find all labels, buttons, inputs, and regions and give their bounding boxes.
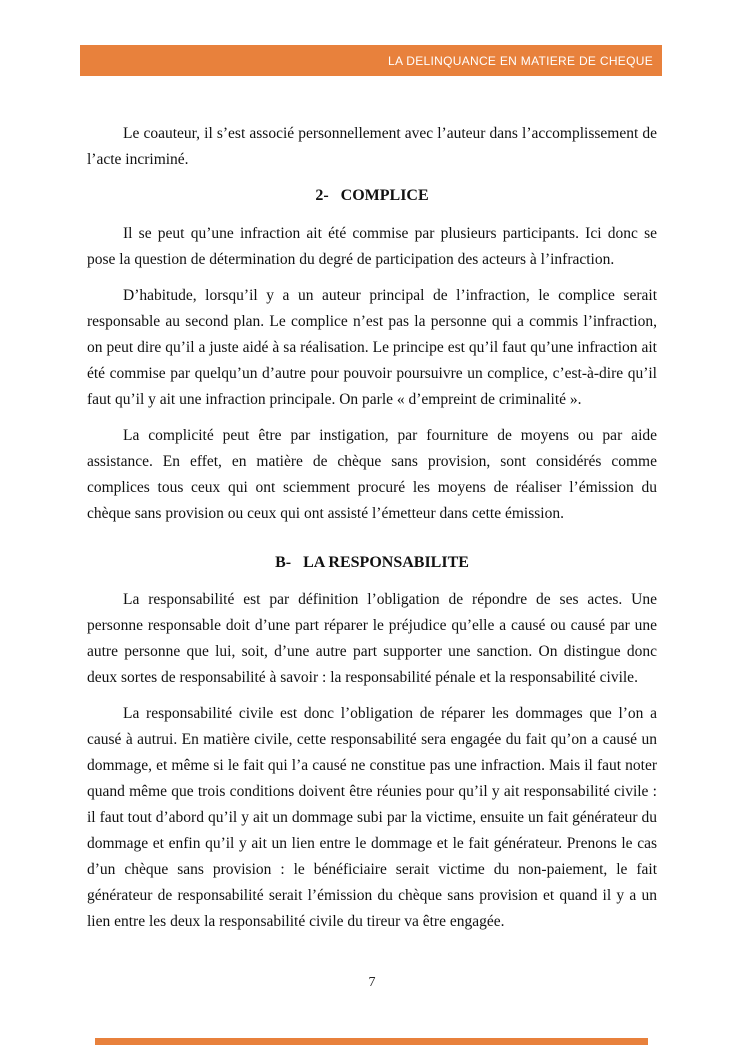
paragraph-infraction: Il se peut qu’une infraction ait été com…: [87, 221, 657, 273]
heading-responsabilite-number: B-: [275, 554, 291, 571]
heading-complice-label: COMPLICE: [341, 187, 429, 204]
paragraph-coauteur: Le coauteur, il s’est associé personnell…: [87, 121, 657, 173]
paragraph-responsabilite: La responsabilité est par définition l’o…: [87, 587, 657, 691]
heading-responsabilite-label: LA RESPONSABILITE: [303, 554, 469, 571]
heading-responsabilite: B-LA RESPONSABILITE: [87, 550, 657, 576]
document-page: LA DELINQUANCE EN MATIERE DE CHEQUE Le c…: [0, 0, 744, 1053]
paragraph-complicite: La complicité peut être par instigation,…: [87, 423, 657, 527]
header-bar: LA DELINQUANCE EN MATIERE DE CHEQUE: [80, 45, 662, 76]
footer-bar: [95, 1038, 648, 1045]
running-header-title: LA DELINQUANCE EN MATIERE DE CHEQUE: [388, 54, 653, 68]
page-number: 7: [0, 974, 744, 992]
heading-complice-number: 2-: [315, 187, 328, 204]
paragraph-habitude: D’habitude, lorsqu’il y a un auteur prin…: [87, 283, 657, 413]
heading-complice: 2-COMPLICE: [87, 183, 657, 209]
document-content: Le coauteur, il s’est associé personnell…: [87, 121, 657, 945]
paragraph-civile: La responsabilité civile est donc l’obli…: [87, 701, 657, 935]
